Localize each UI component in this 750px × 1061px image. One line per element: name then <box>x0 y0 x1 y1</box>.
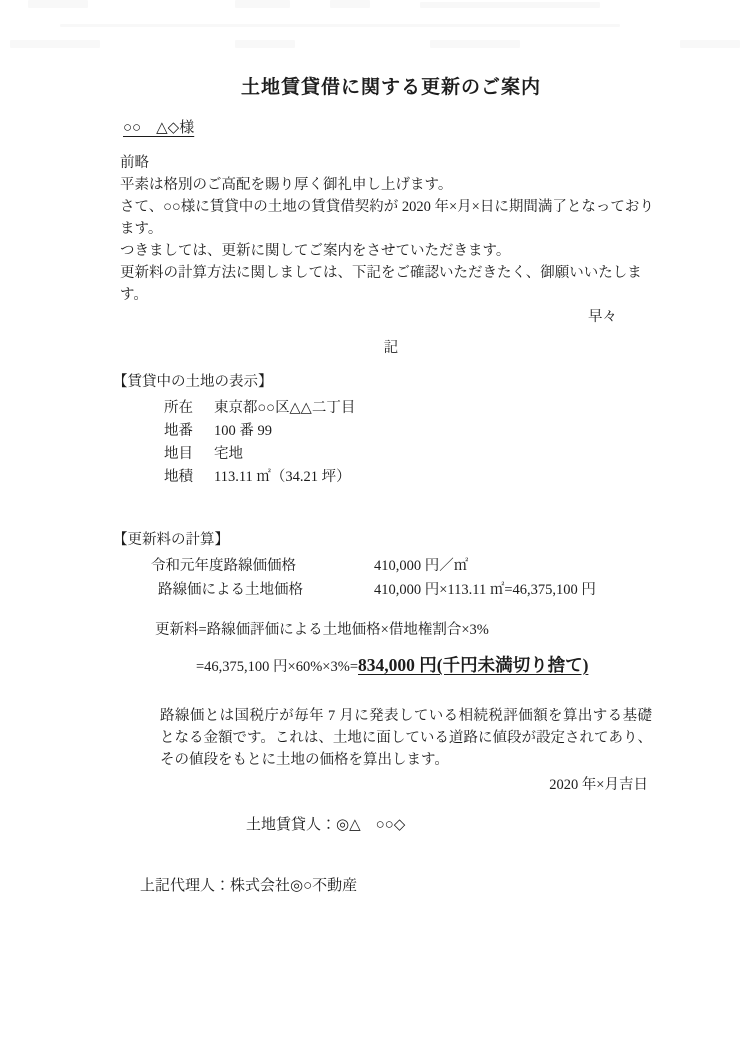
land-row-value: 113.11 ㎡（34.21 坪） <box>214 466 351 489</box>
land-row-label: 所在 <box>164 397 214 420</box>
land-section-heading: 【賃貸中の土地の表示】 <box>113 370 662 391</box>
greeting-paragraphs: 前略 平素は格別のご高配を賜り厚く御礼申し上げます。 さて、○○様に賃貸中の土地… <box>120 152 662 328</box>
land-row-location: 所在 東京都○○区△△二丁目 <box>164 397 662 420</box>
document-page: 土地賃貸借に関する更新のご案内 ○○ △◇様 前略 平素は格別のご高配を賜り厚く… <box>0 0 750 1061</box>
document-content: 土地賃貸借に関する更新のご案内 ○○ △◇様 前略 平素は格別のご高配を賜り厚く… <box>120 0 662 895</box>
closing-word: 早々 <box>120 306 662 328</box>
land-row-lot-number: 地番 100 番 99 <box>164 420 662 443</box>
calc-row-label: 令和元年度路線価価格 <box>151 554 374 578</box>
document-date: 2020 年×月吉日 <box>120 773 662 794</box>
record-marker: 記 <box>120 336 662 357</box>
calc-row-value: 410,000 円／㎡ <box>374 554 468 578</box>
greeting-line-1: 平素は格別のご高配を賜り厚く御礼申し上げます。 <box>120 174 662 196</box>
land-row-label: 地積 <box>164 466 214 489</box>
land-row-label: 地目 <box>164 443 214 466</box>
lessor-line: 土地賃貸人：◎△ ○○◇ <box>246 813 662 834</box>
land-row-category: 地目 宅地 <box>164 443 662 466</box>
calc-row-roadside-price: 令和元年度路線価価格 410,000 円／㎡ <box>151 554 662 578</box>
land-detail-table: 所在 東京都○○区△△二丁目 地番 100 番 99 地目 宅地 地積 113.… <box>120 397 662 489</box>
calc-row-land-value: 路線価による土地価格 410,000 円×113.11 ㎡=46,375,100… <box>151 578 662 602</box>
greeting-opening: 前略 <box>120 152 662 174</box>
calc-row-value: 410,000 円×113.11 ㎡=46,375,100 円 <box>374 578 596 602</box>
roadside-price-note: 路線価とは国税庁が毎年 7 月に発表している相続税評価額を算出する基礎となる金額… <box>160 705 652 771</box>
calc-row-label: 路線価による土地価格 <box>151 578 374 602</box>
document-title: 土地賃貸借に関する更新のご案内 <box>120 0 662 99</box>
result-calculation: =46,375,100 円×60%×3%= <box>196 659 358 675</box>
greeting-line-2: さて、○○様に賃貸中の土地の賃貸借契約が 2020 年×月×日に期間満了となって… <box>120 196 662 240</box>
land-row-value: 100 番 99 <box>214 420 272 443</box>
land-row-label: 地番 <box>164 420 214 443</box>
land-row-value: 宅地 <box>214 443 243 466</box>
land-row-area: 地積 113.11 ㎡（34.21 坪） <box>164 466 662 489</box>
calc-section-heading: 【更新料の計算】 <box>113 528 662 549</box>
result-amount: 834,000 円(千円未満切り捨て) <box>358 655 588 675</box>
greeting-line-4: 更新料の計算方法に関しましては、下記をご確認いただきたく、御願いいたします。 <box>120 262 662 306</box>
agent-line: 上記代理人：株式会社◎○不動産 <box>140 874 662 895</box>
renewal-fee-formula: 更新料=路線価評価による土地価格×借地権割合×3% <box>155 618 662 639</box>
land-row-value: 東京都○○区△△二丁目 <box>214 397 355 420</box>
greeting-line-3: つきましては、更新に関してご案内をさせていただきます。 <box>120 240 662 262</box>
renewal-fee-result: =46,375,100 円×60%×3%=834,000 円(千円未満切り捨て) <box>196 652 662 677</box>
calc-table: 令和元年度路線価価格 410,000 円／㎡ 路線価による土地価格 410,00… <box>120 554 662 602</box>
addressee-line: ○○ △◇様 <box>123 116 662 137</box>
